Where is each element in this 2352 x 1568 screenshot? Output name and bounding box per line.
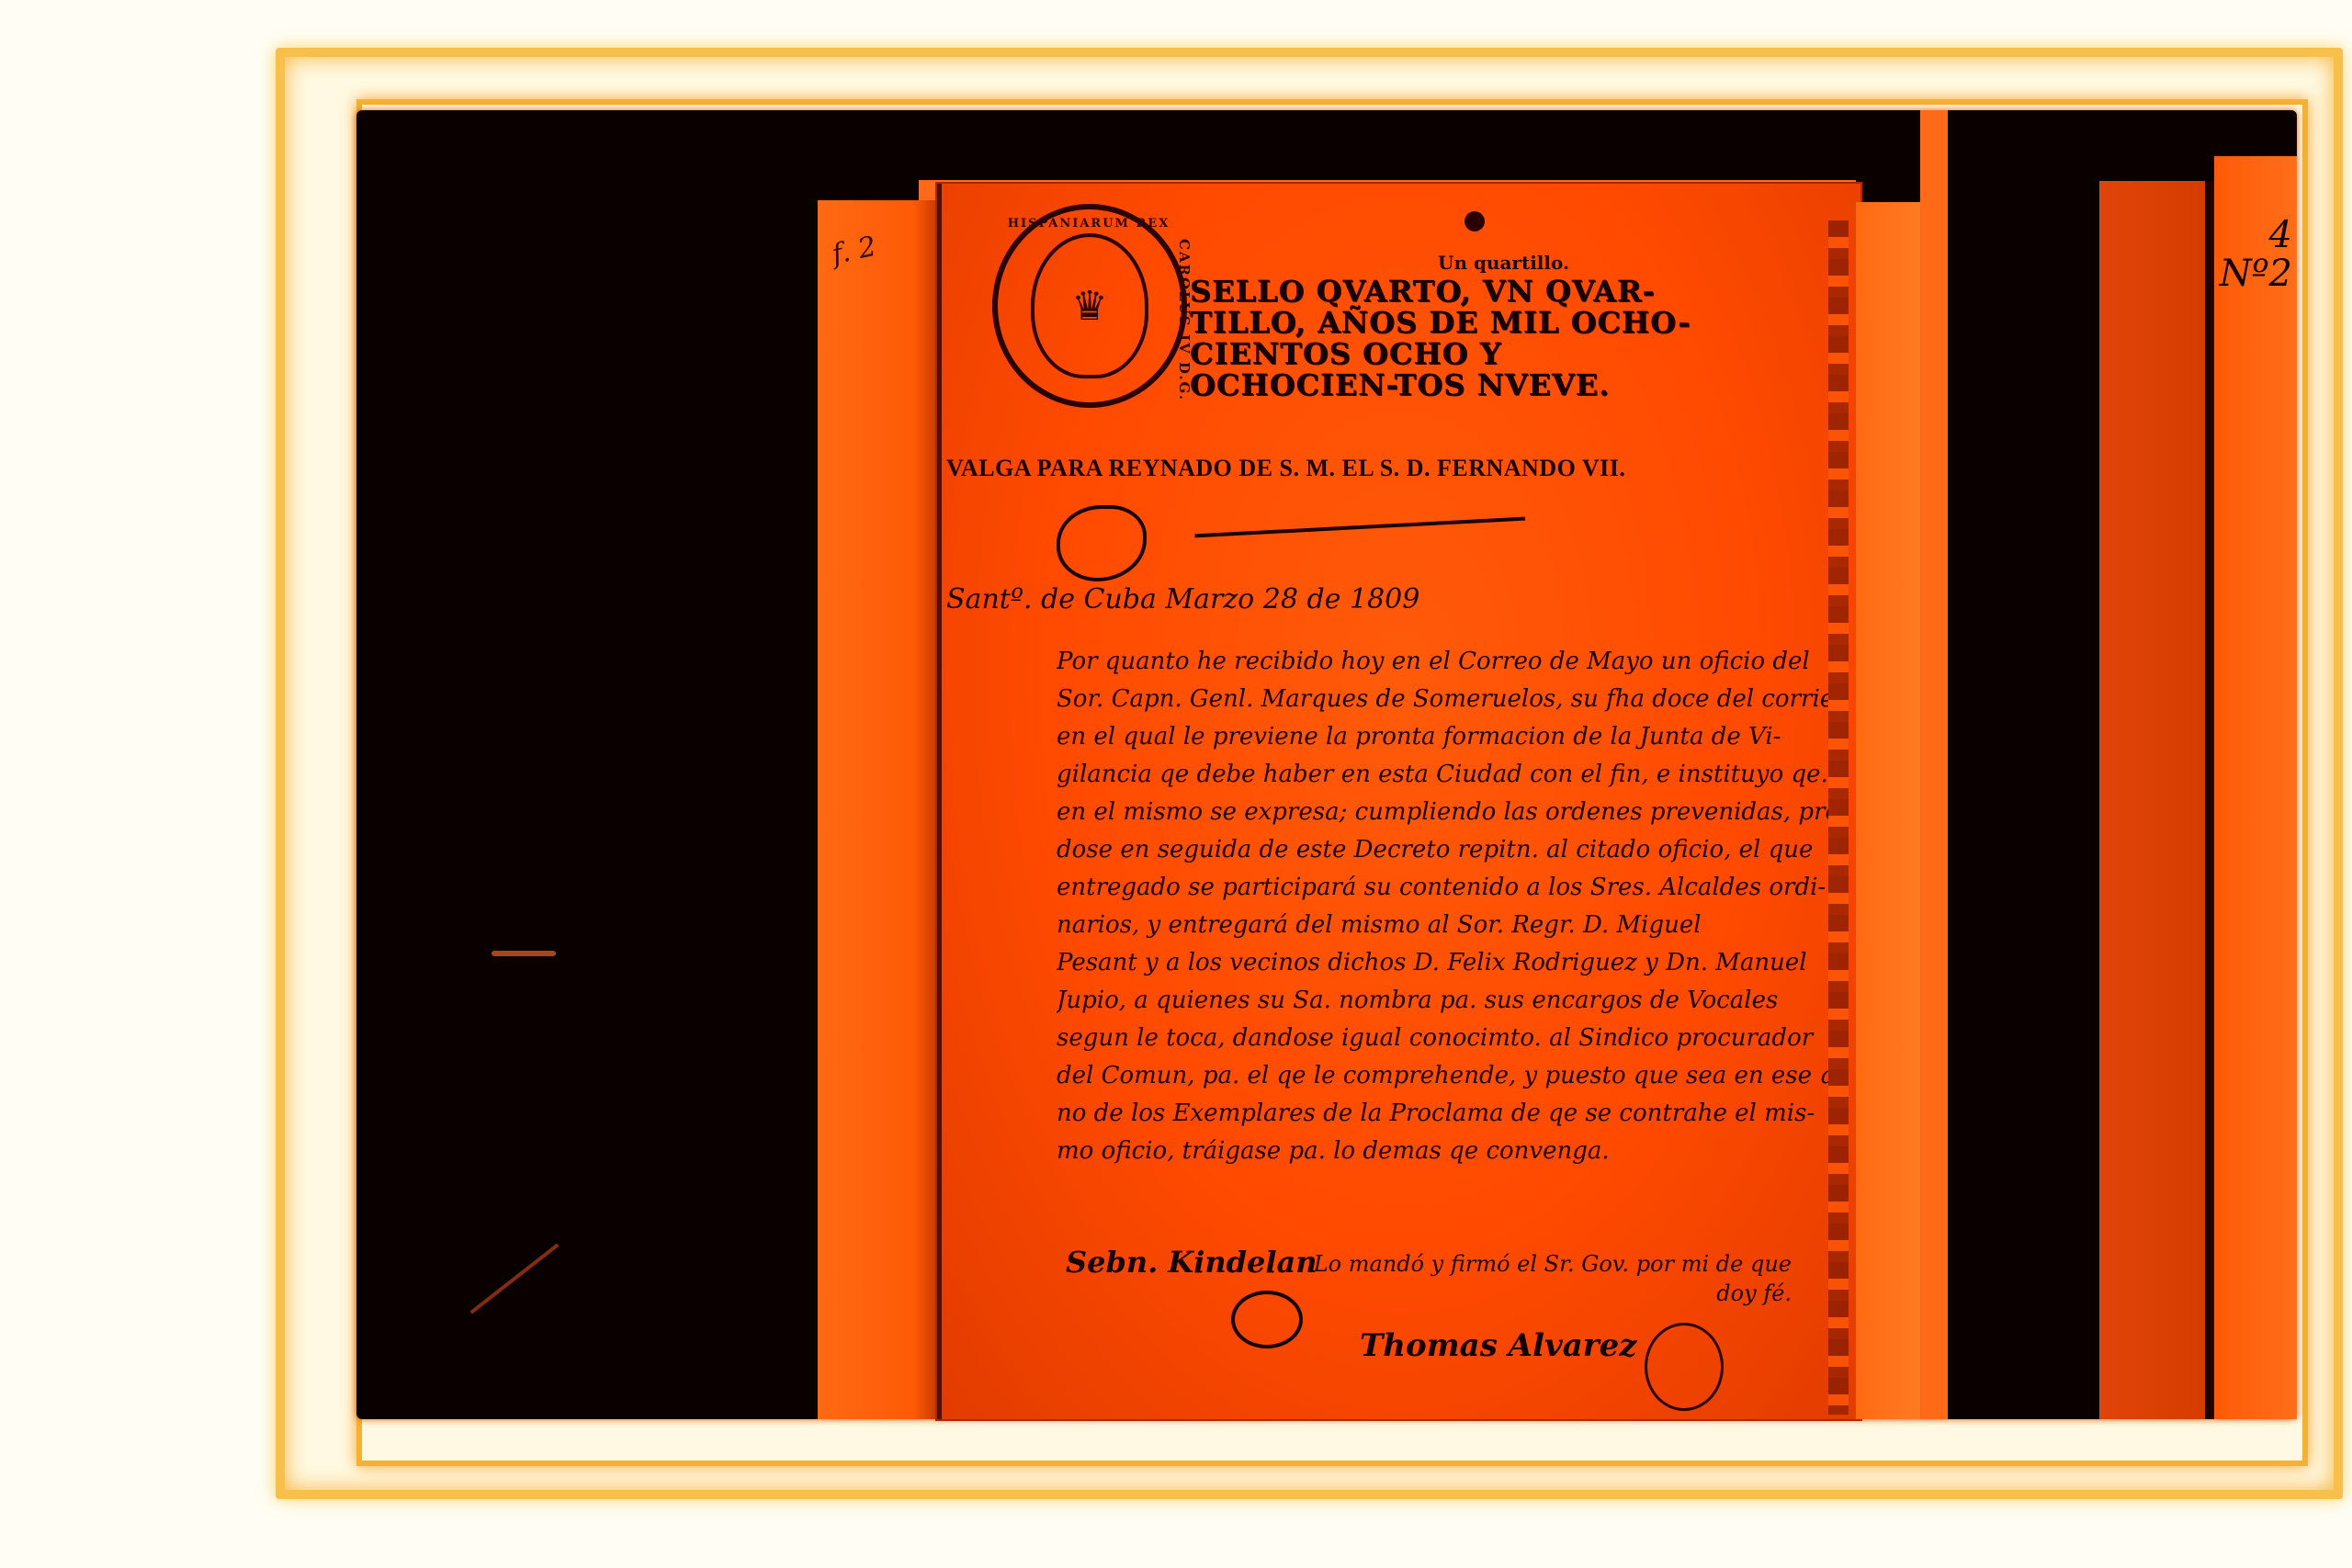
crown-icon: ♛ (1071, 283, 1107, 330)
body-line: entregado se participará su contenido a … (1057, 869, 1828, 907)
right-dark-gap (1952, 790, 2099, 1419)
notary-rubric-icon (1645, 1323, 1724, 1411)
stamp-value: Un quartillo. (1438, 252, 1569, 274)
torn-right-edge (1828, 220, 1849, 1415)
body-line: dose en seguida de este Decreto repitn. … (1057, 831, 1828, 869)
body-line: en el qual le previene la pronta formaci… (1057, 718, 1828, 756)
folio-number: 4 Nº2 (2210, 216, 2292, 293)
body-line: no de los Exemplares de la Proclama de q… (1057, 1095, 1828, 1133)
body-line: segun le toca, dandose igual conocimto. … (1057, 1020, 1828, 1057)
body-line: Por quanto he recibido hoy en el Correo … (1057, 643, 1828, 681)
seal-legend-left: HISPANIARUM REX (1006, 217, 1171, 231)
mount-smudge (492, 951, 556, 956)
royal-seal: ♛ (992, 204, 1187, 408)
body-line: narios, y entregará del mismo al Sor. Re… (1057, 907, 1828, 944)
body-line: Pesant y a los vecinos dichos D. Felix R… (1057, 944, 1828, 982)
body-line: mo oficio, tráigase pa. lo demas qe conv… (1057, 1133, 1828, 1170)
body-line: en el mismo se expresa; cumpliendo las o… (1057, 794, 1828, 831)
adjacent-page-rule (2205, 181, 2214, 1419)
body-line: del Comun, pa. el qe le comprehende, y p… (1057, 1057, 1828, 1095)
stamp-heading: SELLO QVARTO, VN QVAR-TILLO, AÑOS DE MIL… (1190, 276, 1704, 400)
ornament-icon (1464, 211, 1485, 231)
body-line: Sor. Capn. Genl. Marques de Someruelos, … (1057, 681, 1828, 718)
coat-of-arms-icon: ♛ (1031, 233, 1148, 378)
body-line: gilancia qe debe haber en esta Ciudad co… (1057, 756, 1828, 794)
reign-validation-line: VALGA PARA REYNADO DE S. M. EL S. D. FER… (946, 455, 1625, 482)
page-right-flap (1856, 202, 1920, 1419)
manuscript-body: Por quanto he recibido hoy en el Correo … (1057, 643, 1828, 1170)
attestation-line: Lo mandó y firmó el Sr. Gov. por mi de q… (1277, 1249, 1792, 1308)
signature-right: Thomas Alvarez (1360, 1327, 1637, 1364)
body-line: Jupio, a quienes su Sa. nombra pa. sus e… (1057, 982, 1828, 1020)
adjacent-page (2099, 181, 2205, 1419)
right-page-sliver (1920, 110, 1948, 1419)
adjacent-page-margin (2214, 156, 2297, 1419)
left-fold-strip (818, 200, 937, 1419)
date-line: Santº. de Cuba Marzo 28 de 1809 (946, 583, 1419, 615)
